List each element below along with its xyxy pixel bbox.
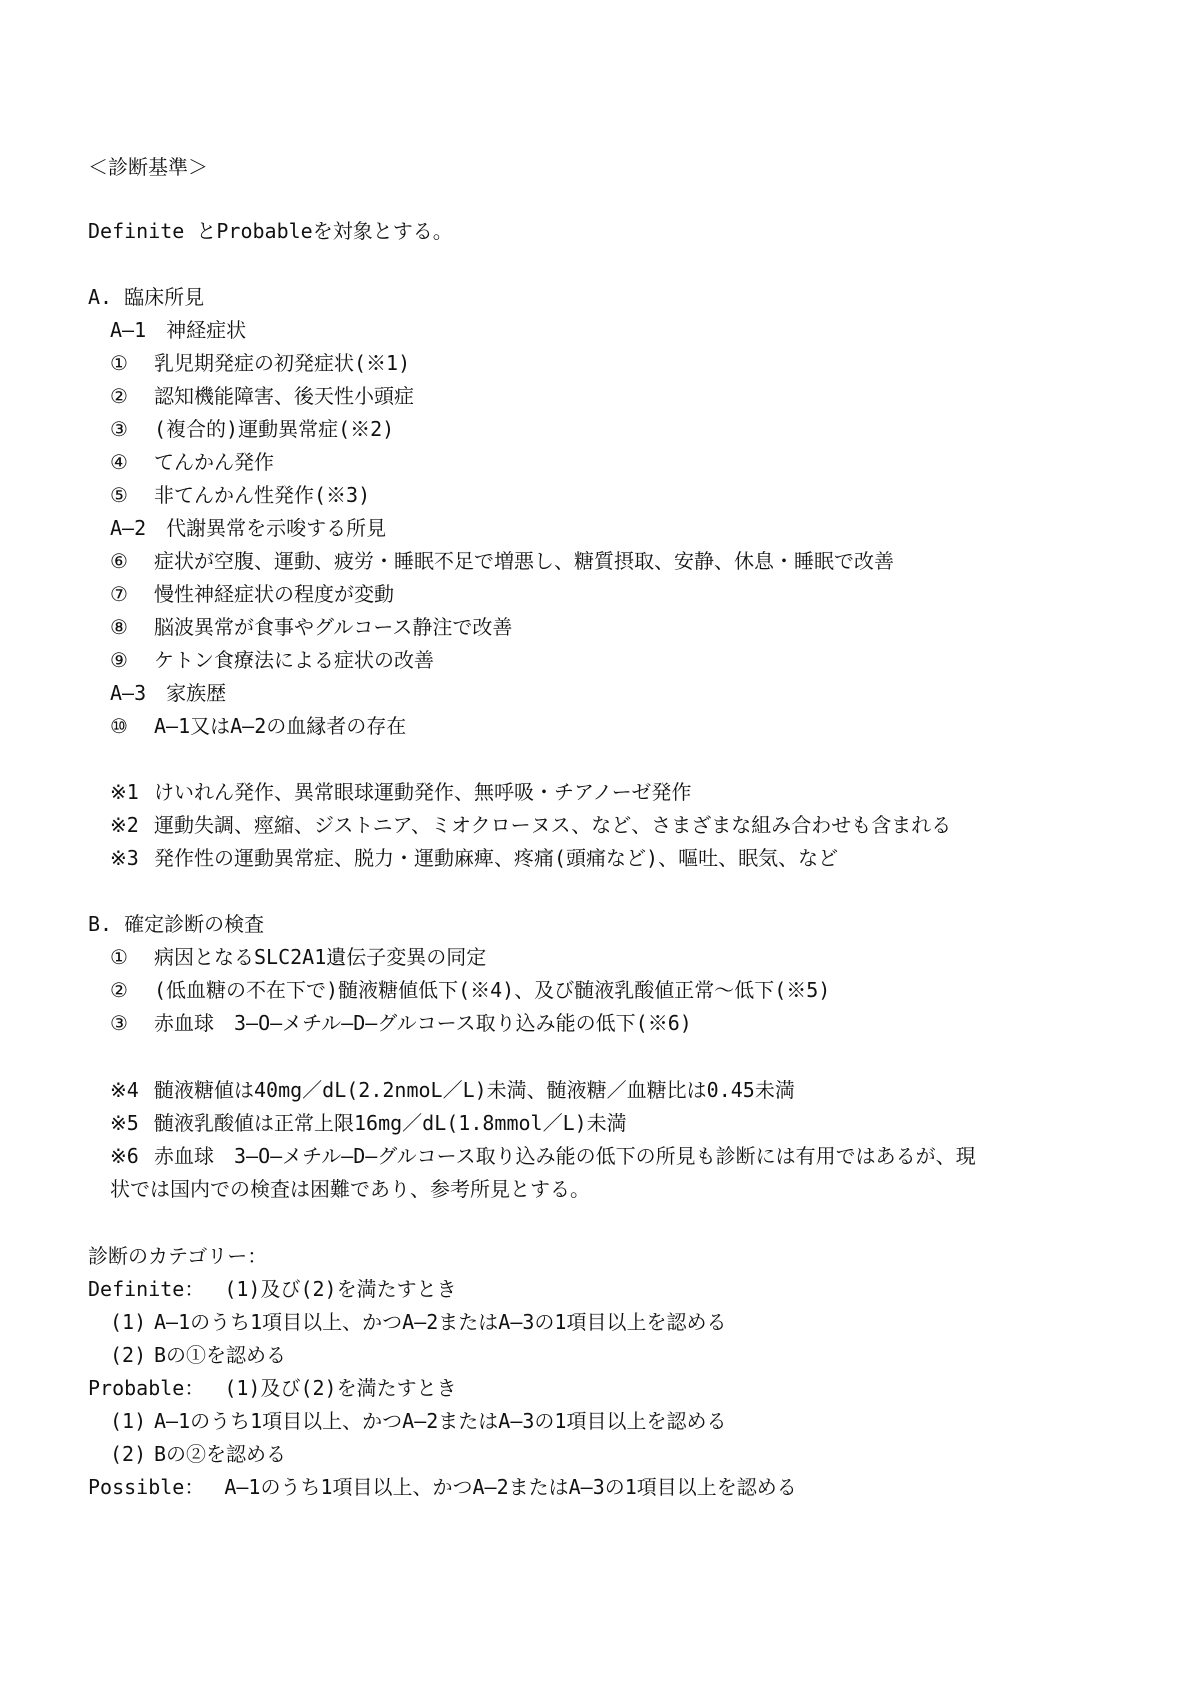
list-item: ②(低血糖の不在下で)髄液糖値低下(※4)、及び髄液乳酸値正常～低下(※5)	[110, 978, 830, 1002]
list-item: ①病因となるSLC2A1遺伝子変異の同定	[110, 945, 486, 969]
footnote-marker: ※6	[110, 1144, 154, 1168]
item-marker: ⑩	[110, 714, 154, 738]
item-marker: ③	[110, 417, 154, 441]
item-text: A―1のうち1項目以上、かつA―2またはA―3の1項目以上を認める	[154, 1310, 726, 1334]
footnote-text: 髄液糖値は40mg／dL(2.2nmoL／L)未満、髄液糖／血糖比は0.45未満	[154, 1078, 795, 1102]
footnote-continuation: 状では国内での検査は困難であり、参考所見とする。	[110, 1177, 590, 1201]
item-marker: (1)	[110, 1409, 154, 1433]
section-a-title: A. 臨床所見	[88, 285, 204, 309]
footnote: ※1けいれん発作、異常眼球運動発作、無呼吸・チアノーゼ発作	[110, 780, 691, 804]
footnote: ※6赤血球 3―O―メチル―D―グルコース取り込み能の低下の所見も診断には有用で…	[110, 1144, 976, 1168]
item-text: (複合的)運動異常症(※2)	[154, 417, 394, 441]
intro-text: Definite とProbableを対象とする。	[88, 219, 453, 243]
item-marker: ⑦	[110, 582, 154, 606]
footnote-marker: ※2	[110, 813, 154, 837]
item-text: てんかん発作	[154, 450, 274, 474]
footnote-text: 髄液乳酸値は正常上限16mg／dL(1.8mmol／L)未満	[154, 1111, 627, 1135]
footnote-marker: ※3	[110, 846, 154, 870]
group-a1-label: A―1 神経症状	[110, 318, 246, 342]
category-label: Possible：	[88, 1475, 204, 1499]
group-a2-label: A―2 代謝異常を示唆する所見	[110, 516, 386, 540]
footnote-text: 運動失調、痙縮、ジストニア、ミオクローヌス、など、さまざまな組み合わせも含まれる	[154, 813, 951, 837]
category-item: (2)Bの①を認める	[110, 1343, 286, 1367]
item-text: 認知機能障害、後天性小頭症	[154, 384, 414, 408]
item-marker: ②	[110, 384, 154, 408]
list-item: ⑨ケトン食療法による症状の改善	[110, 648, 434, 672]
list-item: ⑦慢性神経症状の程度が変動	[110, 582, 394, 606]
item-text: A―1又はA―2の血縁者の存在	[154, 714, 406, 738]
list-item: ⑩A―1又はA―2の血縁者の存在	[110, 714, 406, 738]
footnote-text: 発作性の運動異常症、脱力・運動麻痺、疼痛(頭痛など)、嘔吐、眠気、など	[154, 846, 838, 870]
item-marker: ⑥	[110, 549, 154, 573]
item-text: 乳児期発症の初発症状(※1)	[154, 351, 410, 375]
footnote-marker: ※1	[110, 780, 154, 804]
categories-title: 診断のカテゴリー：	[88, 1244, 267, 1268]
item-text: 慢性神経症状の程度が変動	[154, 582, 394, 606]
footnote: ※3発作性の運動異常症、脱力・運動麻痺、疼痛(頭痛など)、嘔吐、眠気、など	[110, 846, 838, 870]
footnote: ※2運動失調、痙縮、ジストニア、ミオクローヌス、など、さまざまな組み合わせも含ま…	[110, 813, 951, 837]
list-item: ③(複合的)運動異常症(※2)	[110, 417, 394, 441]
section-b-title: B. 確定診断の検査	[88, 912, 264, 936]
footnote-text: けいれん発作、異常眼球運動発作、無呼吸・チアノーゼ発作	[154, 780, 691, 804]
list-item: ③赤血球 3―O―メチル―D―グルコース取り込み能の低下(※6)	[110, 1011, 692, 1035]
footnote-marker: ※5	[110, 1111, 154, 1135]
item-text: Bの②を認める	[154, 1442, 286, 1466]
item-marker: ②	[110, 978, 154, 1002]
item-marker: ⑤	[110, 483, 154, 507]
category-label: Definite：	[88, 1277, 204, 1301]
item-text: 非てんかん性発作(※3)	[154, 483, 370, 507]
item-text: ケトン食療法による症状の改善	[154, 648, 434, 672]
footnote-marker: ※4	[110, 1078, 154, 1102]
document-page: ＜診断基準＞ Definite とProbableを対象とする。 A. 臨床所見…	[0, 0, 1181, 1695]
list-item: ②認知機能障害、後天性小頭症	[110, 384, 414, 408]
category-condition: (1)及び(2)を満たすとき	[224, 1376, 456, 1400]
item-text: 症状が空腹、運動、疲労・睡眠不足で増悪し、糖質摂取、安静、休息・睡眠で改善	[154, 549, 894, 573]
item-marker: ⑧	[110, 615, 154, 639]
category-probable: Probable：(1)及び(2)を満たすとき	[88, 1376, 457, 1400]
item-text: A―1のうち1項目以上、かつA―2またはA―3の1項目以上を認める	[154, 1409, 726, 1433]
item-marker: ⑨	[110, 648, 154, 672]
item-text: 脳波異常が食事やグルコース静注で改善	[154, 615, 512, 639]
document-heading: ＜診断基準＞	[88, 155, 208, 179]
footnote: ※5髄液乳酸値は正常上限16mg／dL(1.8mmol／L)未満	[110, 1111, 627, 1135]
list-item: ⑧脳波異常が食事やグルコース静注で改善	[110, 615, 512, 639]
item-marker: (2)	[110, 1343, 154, 1367]
item-marker: (2)	[110, 1442, 154, 1466]
list-item: ⑤非てんかん性発作(※3)	[110, 483, 370, 507]
item-marker: ③	[110, 1011, 154, 1035]
list-item: ⑥症状が空腹、運動、疲労・睡眠不足で増悪し、糖質摂取、安静、休息・睡眠で改善	[110, 549, 894, 573]
item-marker: ①	[110, 351, 154, 375]
category-item: (1)A―1のうち1項目以上、かつA―2またはA―3の1項目以上を認める	[110, 1310, 726, 1334]
footnote-text: 赤血球 3―O―メチル―D―グルコース取り込み能の低下の所見も診断には有用ではあ…	[154, 1144, 976, 1168]
item-marker: (1)	[110, 1310, 154, 1334]
item-text: (低血糖の不在下で)髄液糖値低下(※4)、及び髄液乳酸値正常～低下(※5)	[154, 978, 830, 1002]
category-item: (2)Bの②を認める	[110, 1442, 286, 1466]
category-possible: Possible：A―1のうち1項目以上、かつA―2またはA―3の1項目以上を認…	[88, 1475, 797, 1499]
group-a3-label: A―3 家族歴	[110, 681, 226, 705]
item-text: 赤血球 3―O―メチル―D―グルコース取り込み能の低下(※6)	[154, 1011, 692, 1035]
category-item: (1)A―1のうち1項目以上、かつA―2またはA―3の1項目以上を認める	[110, 1409, 726, 1433]
category-label: Probable：	[88, 1376, 204, 1400]
list-item: ④てんかん発作	[110, 450, 274, 474]
category-condition: (1)及び(2)を満たすとき	[224, 1277, 456, 1301]
list-item: ①乳児期発症の初発症状(※1)	[110, 351, 410, 375]
category-definite: Definite：(1)及び(2)を満たすとき	[88, 1277, 457, 1301]
category-condition: A―1のうち1項目以上、かつA―2またはA―3の1項目以上を認める	[224, 1475, 796, 1499]
item-marker: ①	[110, 945, 154, 969]
footnote: ※4髄液糖値は40mg／dL(2.2nmoL／L)未満、髄液糖／血糖比は0.45…	[110, 1078, 795, 1102]
item-text: Bの①を認める	[154, 1343, 286, 1367]
item-text: 病因となるSLC2A1遺伝子変異の同定	[154, 945, 486, 969]
item-marker: ④	[110, 450, 154, 474]
